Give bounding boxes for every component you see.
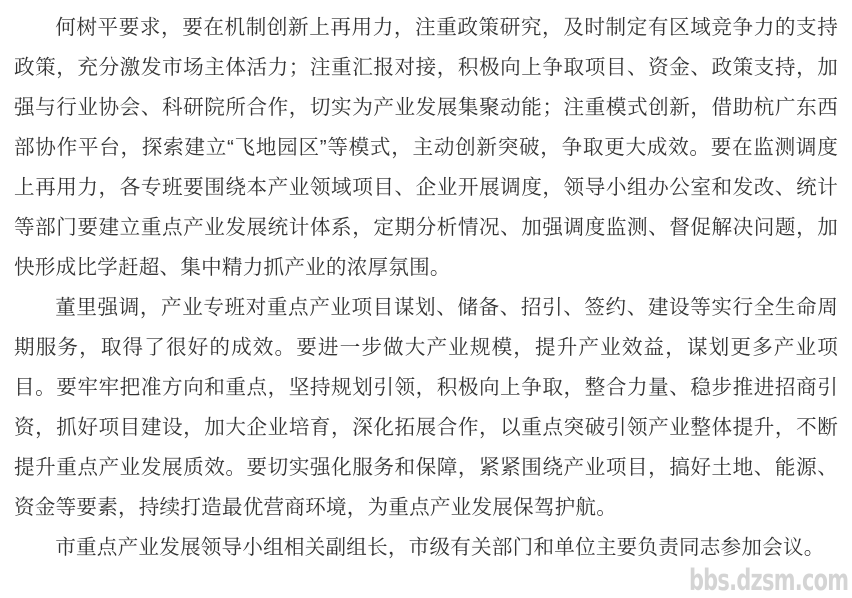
- paragraph-2: 董里强调，产业专班对重点产业项目谋划、储备、招引、签约、建设等实行全生命周期服务…: [14, 288, 838, 528]
- paragraph-1: 何树平要求，要在机制创新上再用力，注重政策研究，及时制定有区域竞争力的支持政策，…: [14, 8, 838, 288]
- paragraph-3: 市重点产业发展领导小组相关副组长，市级有关部门和单位主要负责同志参加会议。: [14, 528, 838, 568]
- site-watermark: bbs.dzsm.com: [689, 563, 848, 597]
- article-body: 何树平要求，要在机制创新上再用力，注重政策研究，及时制定有区域竞争力的支持政策，…: [0, 0, 852, 568]
